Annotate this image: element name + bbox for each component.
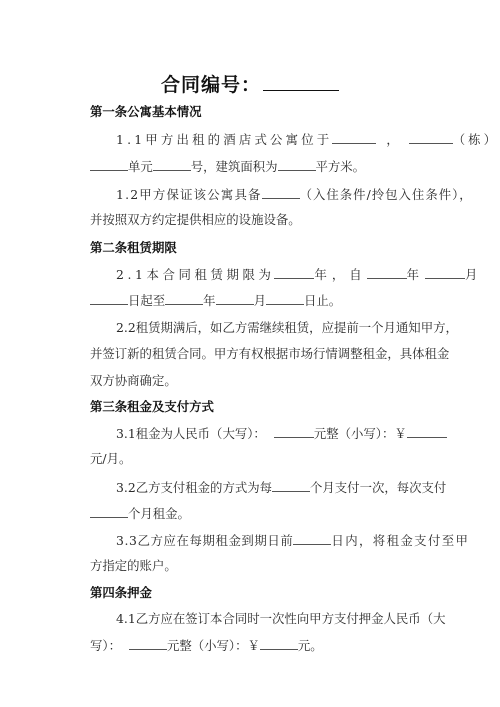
blank-field[interactable] — [425, 266, 465, 279]
clause-text: 1.1甲方出租的酒店式公寓位于 — [116, 132, 332, 147]
blank-field[interactable] — [165, 292, 203, 305]
clause-text: 年 — [407, 267, 419, 282]
clause-text: 3.1租金为人民币（大写）： — [116, 426, 266, 441]
contract-number-blank[interactable] — [263, 74, 339, 91]
blank-field[interactable] — [266, 292, 304, 305]
contract-page: 合同编号： 第一条公寓基本情况 1.1甲方出租的酒店式公寓位于，（栋） 单元号，… — [0, 0, 500, 707]
blank-field[interactable] — [262, 186, 300, 199]
clause-text: 平方米。 — [316, 159, 366, 174]
clause-3-3-line-2: 方指定的账户。 — [90, 558, 436, 574]
clause-3-2-line-2: 个月租金。 — [90, 505, 436, 522]
blank-field[interactable] — [274, 266, 314, 279]
clause-text: 号，建筑面积为 — [191, 159, 278, 174]
clause-text: 3.2乙方支付租金的方式为每 — [116, 480, 272, 495]
section-1-heading: 第一条公寓基本情况 — [90, 104, 436, 120]
clause-2-1-line-2: 日起至年月日止。 — [90, 292, 436, 309]
contract-number-label: 合同编号： — [161, 74, 261, 96]
clause-2-2-line-2: 并签订新的租赁合同。甲方有权根据市场行情调整租金，具体租金 — [90, 346, 436, 362]
blank-field[interactable] — [278, 158, 316, 171]
blank-field[interactable] — [409, 131, 453, 144]
clause-4-1-line-2: 写）：元整（小写）：￥元。 — [90, 637, 436, 654]
clause-text: 元整（小写）：￥ — [167, 638, 260, 653]
clause-text: 元整（小写）：￥ — [314, 426, 407, 441]
clause-text: 年 — [203, 293, 215, 308]
blank-field[interactable] — [90, 292, 128, 305]
clause-3-1-line-1: 3.1租金为人民币（大写）：元整（小写）：￥ — [116, 425, 436, 442]
clause-2-2-line-3: 双方协商确定。 — [90, 373, 436, 389]
blank-field[interactable] — [153, 158, 191, 171]
clause-1-1-line-1: 1.1甲方出租的酒店式公寓位于，（栋） — [116, 131, 436, 148]
blank-field[interactable] — [293, 532, 331, 545]
clause-text: ， — [386, 132, 398, 147]
clause-text: 2.1本合同租赁期限为 — [116, 267, 274, 282]
blank-field[interactable] — [332, 131, 376, 144]
clause-text: 月 — [465, 267, 477, 282]
contract-title: 合同编号： — [0, 70, 500, 97]
clause-text: 日止。 — [304, 293, 341, 308]
clause-text: （入住条件/拎包入住条件）， — [300, 187, 473, 202]
clause-text: 写）： — [90, 638, 121, 653]
blank-field[interactable] — [272, 479, 310, 492]
clause-text: 个月支付一次，每次支付 — [310, 480, 446, 495]
clause-text: 元。 — [298, 638, 323, 653]
clause-2-2-line-1: 2.2租赁期满后，如乙方需继续租赁，应提前一个月通知甲方， — [116, 320, 436, 336]
clause-2-1-line-1: 2.1本合同租赁期限为年，自年月 — [116, 266, 436, 283]
clause-text: 日内，将租金支付至甲 — [331, 533, 469, 548]
section-4-heading: 第四条押金 — [90, 585, 436, 601]
clause-text: 个月租金。 — [128, 506, 190, 521]
blank-field[interactable] — [129, 637, 167, 650]
clause-4-1-line-1: 4.1乙方应在签订本合同时一次性向甲方支付押金人民币（大 — [116, 611, 436, 627]
clause-text: （栋） — [453, 132, 499, 147]
blank-field[interactable] — [90, 158, 128, 171]
blank-field[interactable] — [407, 425, 447, 438]
clause-text: 年，自 — [314, 267, 366, 282]
clause-3-2-line-1: 3.2乙方支付租金的方式为每个月支付一次，每次支付 — [116, 479, 436, 496]
clause-text: 月 — [254, 293, 266, 308]
section-3-heading: 第三条租金及支付方式 — [90, 399, 436, 415]
blank-field[interactable] — [274, 425, 314, 438]
clause-text: 3.3乙方应在每期租金到期日前 — [116, 533, 293, 548]
blank-field[interactable] — [216, 292, 254, 305]
section-2-heading: 第二条租赁期限 — [90, 240, 436, 256]
blank-field[interactable] — [90, 505, 128, 518]
clause-1-2-line-1: 1.2甲方保证该公寓具备（入住条件/拎包入住条件）， — [116, 186, 436, 203]
clause-text: 日起至 — [128, 293, 165, 308]
clause-text: 1.2甲方保证该公寓具备 — [116, 187, 262, 202]
clause-1-2-line-2: 并按照双方约定提供相应的设施设备。 — [90, 212, 436, 228]
clause-1-1-line-2: 单元号，建筑面积为平方米。 — [90, 158, 436, 175]
blank-field[interactable] — [260, 637, 298, 650]
clause-3-3-line-1: 3.3乙方应在每期租金到期日前日内，将租金支付至甲 — [116, 532, 436, 549]
clause-3-1-line-2: 元/月。 — [90, 451, 436, 467]
clause-text: 单元 — [128, 159, 153, 174]
blank-field[interactable] — [367, 266, 407, 279]
